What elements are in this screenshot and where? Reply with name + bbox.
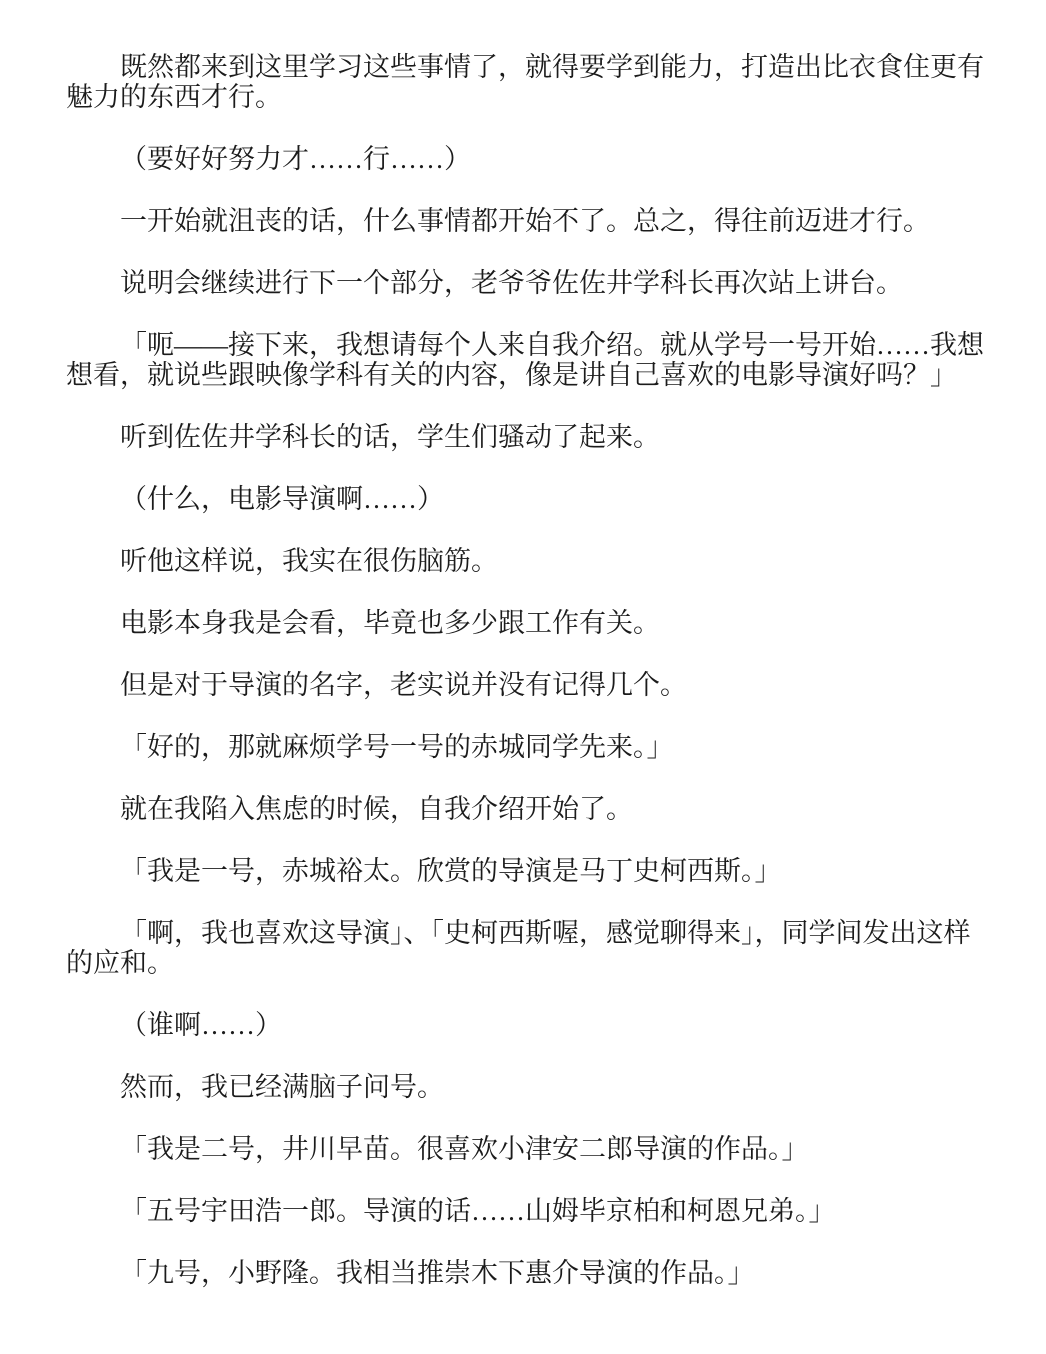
paragraph: 「呃——接下来，我想请每个人来自我介绍。就从学号一号开始……我想想看，就说些跟映… [66, 330, 990, 390]
paragraph: 「九号，小野隆。我相当推崇木下惠介导演的作品。」 [66, 1258, 990, 1288]
paragraph: （什么，电影导演啊……） [66, 484, 990, 514]
paragraph: 「好的，那就麻烦学号一号的赤城同学先来。」 [66, 732, 990, 762]
paragraph: 电影本身我是会看，毕竟也多少跟工作有关。 [66, 608, 990, 638]
paragraph: 就在我陷入焦虑的时候，自我介绍开始了。 [66, 794, 990, 824]
paragraph: 既然都来到这里学习这些事情了，就得要学到能力，打造出比衣食住更有魅力的东西才行。 [66, 52, 990, 112]
paragraph: 一开始就沮丧的话，什么事情都开始不了。总之，得往前迈进才行。 [66, 206, 990, 236]
paragraph: （要好好努力才……行……） [66, 144, 990, 174]
paragraph: 听到佐佐井学科长的话，学生们骚动了起来。 [66, 422, 990, 452]
paragraph: 然而，我已经满脑子问号。 [66, 1072, 990, 1102]
paragraph: 说明会继续进行下一个部分，老爷爷佐佐井学科长再次站上讲台。 [66, 268, 990, 298]
paragraph: 「我是一号，赤城裕太。欣赏的导演是马丁史柯西斯。」 [66, 856, 990, 886]
document-page: 既然都来到这里学习这些事情了，就得要学到能力，打造出比衣食住更有魅力的东西才行。… [0, 0, 1046, 1354]
paragraph: 「啊，我也喜欢这导演」、「史柯西斯喔，感觉聊得来」，同学间发出这样的应和。 [66, 918, 990, 978]
paragraph: （谁啊……） [66, 1010, 990, 1040]
paragraph: 「五号宇田浩一郎。导演的话……山姆毕京柏和柯恩兄弟。」 [66, 1196, 990, 1226]
paragraph: 听他这样说，我实在很伤脑筋。 [66, 546, 990, 576]
paragraph: 但是对于导演的名字，老实说并没有记得几个。 [66, 670, 990, 700]
paragraph: 「我是二号，井川早苗。很喜欢小津安二郎导演的作品。」 [66, 1134, 990, 1164]
